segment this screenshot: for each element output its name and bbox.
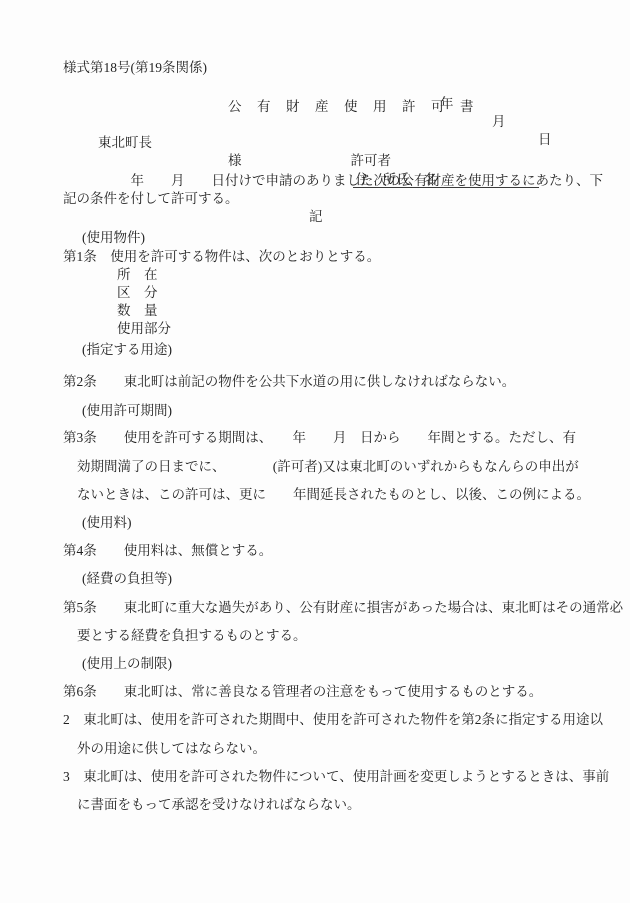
article-6-para-3-line-1: 3 東北町は、使用を許可された物件について、使用計画を変更しようとするときは、事… bbox=[63, 768, 609, 786]
intro-line-1: 年 月 日付けで申請のありました次の公有財産を使用するにあたり、下 bbox=[63, 172, 603, 190]
article-3-line-3: ないときは、この許可は、更に 年間延長されたものとし、以後、この例による。 bbox=[77, 486, 590, 504]
article-6-para-2-line-1: 2 東北町は、使用を許可された期間中、使用を許可された物件を第2条に指定する用途… bbox=[63, 711, 603, 729]
article-3-line-2: 効期間満了の日までに、 (許可者)又は東北町のいずれからもなんらの申出が bbox=[77, 458, 579, 476]
article-5-line-1: 第5条 東北町に重大な過失があり、公有財産に損害があった場合は、東北町はその通常… bbox=[63, 599, 623, 617]
heading-fee: (使用料) bbox=[82, 514, 132, 532]
form-number: 様式第18号(第19条関係) bbox=[63, 59, 207, 77]
addressee-name: 東北町長 bbox=[98, 134, 152, 152]
article-6-text: 第6条 東北町は、常に善良なる管理者の注意をもって使用するものとする。 bbox=[63, 683, 542, 701]
article-4-text: 第4条 使用料は、無償とする。 bbox=[63, 542, 272, 560]
document-page: 様式第18号(第19条関係) 年 月 日 公有財産使用許可書 東北町長 様 許可… bbox=[0, 0, 630, 903]
heading-used-property: (使用物件) bbox=[82, 229, 145, 247]
field-used-part: 使用部分 bbox=[117, 320, 171, 338]
intro-line-2: 記の条件を付して許可する。 bbox=[63, 190, 239, 208]
article-5-line-2: 要とする経費を負担するものとする。 bbox=[77, 627, 307, 645]
addressee-honorific: 様 bbox=[228, 152, 242, 170]
ki-marker: 記 bbox=[309, 208, 323, 226]
field-quantity: 数 量 bbox=[117, 302, 158, 320]
article-3-line-1: 第3条 使用を許可する期間は、 年 月 日から 年間とする。ただし、有 bbox=[63, 429, 576, 447]
heading-designated-use: (指定する用途) bbox=[82, 341, 172, 359]
article-6-para-3-line-2: に書面をもって承認を受けなければならない。 bbox=[77, 796, 361, 814]
field-category: 区 分 bbox=[117, 284, 158, 302]
article-1-text: 第1条 使用を許可する物件は、次のとおりとする。 bbox=[63, 248, 380, 266]
document-title: 公有財産使用許可書 bbox=[228, 98, 489, 116]
heading-expense: (経費の負担等) bbox=[82, 570, 172, 588]
heading-permit-period: (使用許可期間) bbox=[82, 402, 172, 420]
heading-restriction: (使用上の制限) bbox=[82, 655, 172, 673]
article-2-text: 第2条 東北町は前記の物件を公共下水道の用に供しなければならない。 bbox=[63, 373, 515, 391]
article-6-para-2-line-2: 外の用途に供してはならない。 bbox=[77, 740, 266, 758]
field-location: 所 在 bbox=[117, 266, 158, 284]
